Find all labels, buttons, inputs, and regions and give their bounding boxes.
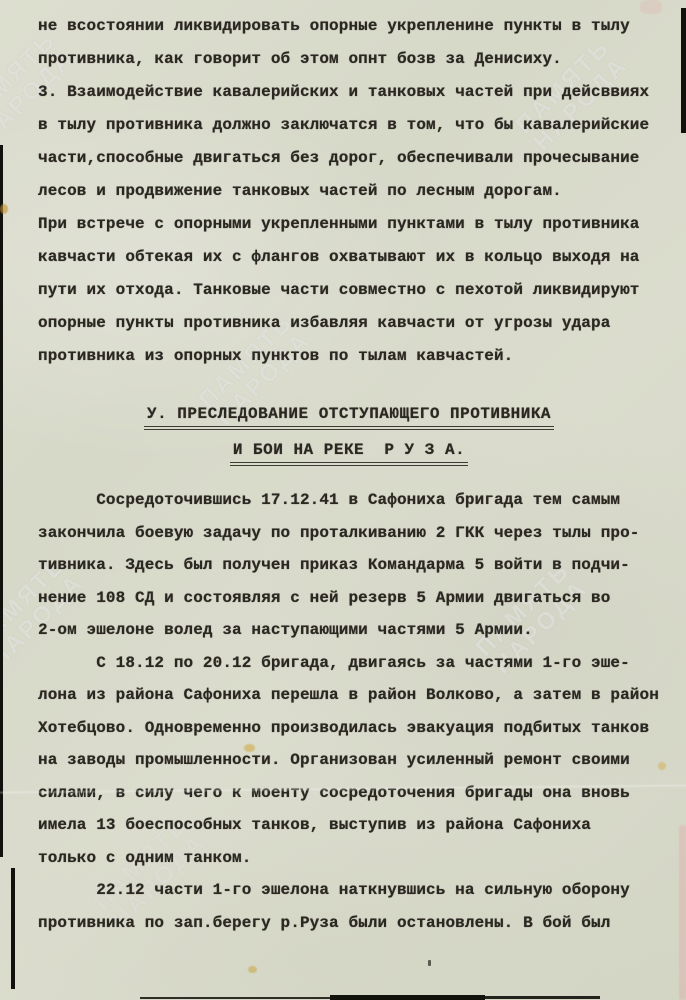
paper-stain (0, 204, 8, 214)
scanned-page: ПАМЯТЬ НАРОДА ПАМЯТЬ НАРОДА ПАМЯТЬ НАРОД… (0, 0, 686, 1000)
paper-stain (244, 744, 255, 752)
text-line: только с одним танком. (38, 842, 678, 875)
section-heading-line1: У. ПРЕСЛЕДОВАНИЕ ОТСТУПАЮЩЕГО ПРОТИВНИКА (144, 404, 554, 430)
scan-edge-artifact (485, 996, 600, 999)
text-line: противника, как говорит об этом опнт боз… (38, 43, 678, 76)
text-line: 2-ом эшелоне волед за наступающими частя… (38, 614, 678, 647)
text-line: Хотебцово. Одновременно производилась эв… (38, 712, 678, 745)
paper-stain (248, 966, 257, 973)
text-line: силами, в силу чего к моенту сосредоточе… (38, 777, 678, 810)
text-line: не всостоянии ликвидировать опорные укре… (38, 10, 678, 43)
scan-edge-artifact (140, 997, 330, 999)
text-line: 22.12 части 1-го эшелона наткнувшись на … (38, 874, 678, 907)
text-line: тивника. Здесь был получен приказ Команд… (38, 549, 678, 582)
section-heading: У. ПРЕСЛЕДОВАНИЕ ОТСТУПАЮЩЕГО ПРОТИВНИКА… (38, 404, 660, 466)
document-body-upper: не всостоянии ликвидировать опорные укре… (38, 10, 678, 373)
heading-row: У. ПРЕСЛЕДОВАНИЕ ОТСТУПАЮЩЕГО ПРОТИВНИКА (38, 404, 660, 430)
text-line: С 18.12 по 20.12 бригада, двигаясь за ча… (38, 647, 678, 680)
scan-edge-artifact (0, 145, 3, 857)
text-line: закончила боевую задачу по проталкиванию… (38, 517, 678, 550)
section-heading-line2: И БОИ НА РЕКЕ Р У З А. (230, 440, 468, 466)
paper-stain (640, 0, 662, 14)
text-line: пути их отхода. Танковые части совместно… (38, 274, 678, 307)
text-line: 3. Взаимодействие кавалерийских и танков… (38, 76, 678, 109)
text-line: в тылу противника должно заключатся в то… (38, 109, 678, 142)
heading-row: И БОИ НА РЕКЕ Р У З А. (38, 440, 660, 466)
text-line: кавчасти обтекая их с флангов охватывают… (38, 241, 678, 274)
text-line: При встрече с опорными укрепленными пунк… (38, 208, 678, 241)
paper-stain (679, 825, 686, 1000)
text-line: противника из опорных пунктов по тылам к… (38, 340, 678, 373)
scan-edge-artifact (681, 8, 686, 133)
text-line: части,способные двигаться без дорог, обе… (38, 142, 678, 175)
text-line: лесов и продвижение танковых частей по л… (38, 175, 678, 208)
scan-edge-artifact (11, 868, 15, 989)
document-body-lower: Сосредоточившись 17.12.41 в Сафониха бри… (38, 484, 678, 939)
paper-stain (428, 960, 431, 966)
paper-stain (658, 762, 666, 770)
text-line: противника по зап.берегу р.Руза были ост… (38, 907, 678, 940)
text-line: лона из района Сафониха перешла в район … (38, 679, 678, 712)
text-line: нение 108 СД и состоявляя с ней резерв 5… (38, 582, 678, 615)
text-line: на заводы промышленности. Организован ус… (38, 744, 678, 777)
text-line: Сосредоточившись 17.12.41 в Сафониха бри… (38, 484, 678, 517)
text-line: опорные пункты противника избавляя кавча… (38, 307, 678, 340)
scan-edge-artifact (330, 995, 485, 1000)
text-line: имела 13 боеспособных танков, выступив и… (38, 809, 678, 842)
